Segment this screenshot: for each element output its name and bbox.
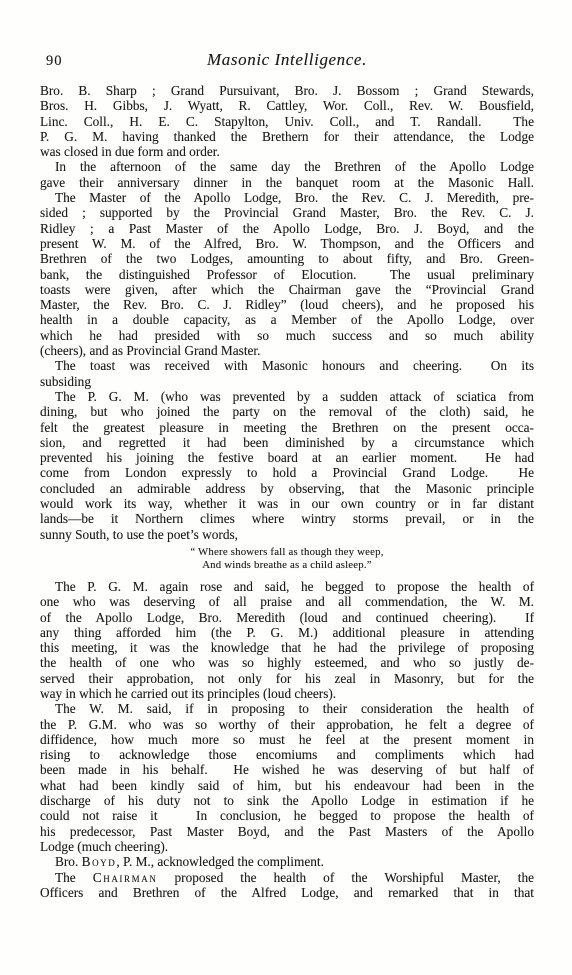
text-line: of the Apollo Lodge, Bro. Meredith (loud…: [40, 610, 534, 625]
page-body: Bro. B. Sharp ; Grand Pursuivant, Bro. J…: [40, 83, 534, 900]
text-line: Bro. B. Sharp ; Grand Pursuivant, Bro. J…: [40, 83, 534, 98]
text-line: what had been kindly said of him, but hi…: [40, 778, 534, 793]
small-caps-name: Boyd: [82, 854, 117, 869]
text-line: the health of one who was so highly este…: [40, 655, 534, 670]
paragraph: The W. M. said, if in proposing to their…: [40, 701, 534, 854]
text-line: sided ; supported by the Provincial Gran…: [40, 205, 534, 220]
text-line: come from London expressly to hold a Pro…: [40, 465, 534, 480]
verse-quote: “ Where showers fall as though they weep…: [40, 546, 534, 572]
paragraph: Bro. B. Sharp ; Grand Pursuivant, Bro. J…: [40, 83, 534, 159]
text-line: which he had presided with so much succe…: [40, 328, 534, 343]
text-line: rising to acknowledge those encomiums an…: [40, 747, 534, 762]
paragraph: In the afternoon of the same day the Bre…: [40, 159, 534, 190]
page-header: 90 Masonic Intelligence.: [40, 50, 534, 72]
small-caps-name: Chairman: [93, 870, 158, 885]
text-line: Linc. Coll., H. E. C. Stapylton, Univ. C…: [40, 114, 534, 129]
text-line: The P. G. M. again rose and said, he beg…: [40, 579, 534, 594]
text-line: health in a double capacity, as a Member…: [40, 312, 534, 327]
text-line: The Chairman proposed the health of the …: [40, 870, 534, 885]
text-line: served their approbation, not only for h…: [40, 671, 534, 686]
text-line: Lodge (much cheering).: [40, 839, 534, 854]
paragraph: Bro. Boyd, P. M., acknowledged the compl…: [40, 854, 534, 869]
text-line: P. G. M. having thanked the Brethern for…: [40, 129, 534, 144]
paragraph: The toast was received with Masonic hono…: [40, 358, 534, 389]
paragraph: The Chairman proposed the health of the …: [40, 870, 534, 901]
text-line: concluded an admirable address by observ…: [40, 481, 534, 496]
text-line: his predecessor, Past Master Boyd, and t…: [40, 824, 534, 839]
text-line: And winds breathe as a child asleep.”: [40, 559, 534, 572]
text-line: discharge of his duty not to sink the Ap…: [40, 793, 534, 808]
text-line: been made in his behalf. He wished he wa…: [40, 762, 534, 777]
text-line: gave their anniversary dinner in the ban…: [40, 175, 534, 190]
text-line: felt the greatest pleasure in meeting th…: [40, 420, 534, 435]
text-line: could not raise it In conclusion, he beg…: [40, 808, 534, 823]
text-line: toasts were given, after which the Chair…: [40, 282, 534, 297]
text-line: the P. G.M. who was so worthy of their a…: [40, 717, 534, 732]
text-line: sunny South, to use the poet’s words,: [40, 527, 534, 542]
text-line: way in which he carried out its principl…: [40, 686, 534, 701]
text-line: (cheers), and as Provincial Grand Master…: [40, 343, 534, 358]
text-line: In the afternoon of the same day the Bre…: [40, 159, 534, 174]
text-line: diffidence, how much more so must he fee…: [40, 732, 534, 747]
text-line: Bro. Boyd, P. M., acknowledged the compl…: [40, 854, 534, 869]
text-line: The P. G. M. (who was prevented by a sud…: [40, 389, 534, 404]
text-line: dining, but who joined the party on the …: [40, 404, 534, 419]
text-line: would work its way, whether it was in ou…: [40, 496, 534, 511]
text-line: Bros. H. Gibbs, J. Wyatt, R. Cattley, Wo…: [40, 98, 534, 113]
running-title: Masonic Intelligence.: [40, 50, 534, 70]
paragraph: The P. G. M. again rose and said, he beg…: [40, 579, 534, 701]
text-line: The Master of the Apollo Lodge, Bro. the…: [40, 190, 534, 205]
text-line: The W. M. said, if in proposing to their…: [40, 701, 534, 716]
page-number: 90: [46, 53, 63, 70]
text-line: Brethren of the two Lodges, amounting to…: [40, 251, 534, 266]
text-line: Master, the Rev. Bro. C. J. Ridley” (lou…: [40, 297, 534, 312]
text-line: “ Where showers fall as though they weep…: [40, 546, 534, 559]
text-line: present W. M. of the Alfred, Bro. W. Tho…: [40, 236, 534, 251]
text-line: subsiding: [40, 374, 534, 389]
text-line: this meeting, it was the knowledge that …: [40, 640, 534, 655]
paragraph: The Master of the Apollo Lodge, Bro. the…: [40, 190, 534, 358]
text-line: any thing afforded him (the P. G. M.) ad…: [40, 625, 534, 640]
text-line: one who was deserving of all praise and …: [40, 594, 534, 609]
text-line: lands—be it Northern climes where wintry…: [40, 511, 534, 526]
text-line: Officers and Brethren of the Alfred Lodg…: [40, 885, 534, 900]
text-line: Ridley ; a Past Master of the Apollo Lod…: [40, 221, 534, 236]
paragraph: The P. G. M. (who was prevented by a sud…: [40, 389, 534, 542]
text-line: The toast was received with Masonic hono…: [40, 358, 534, 373]
document-page: 90 Masonic Intelligence. Bro. B. Sharp ;…: [0, 0, 572, 975]
text-line: sion, and regretted it had been diminish…: [40, 435, 534, 450]
text-line: prevented his joining the festive board …: [40, 450, 534, 465]
text-line: bank, the distinguished Professor of Elo…: [40, 267, 534, 282]
text-line: was closed in due form and order.: [40, 144, 534, 159]
